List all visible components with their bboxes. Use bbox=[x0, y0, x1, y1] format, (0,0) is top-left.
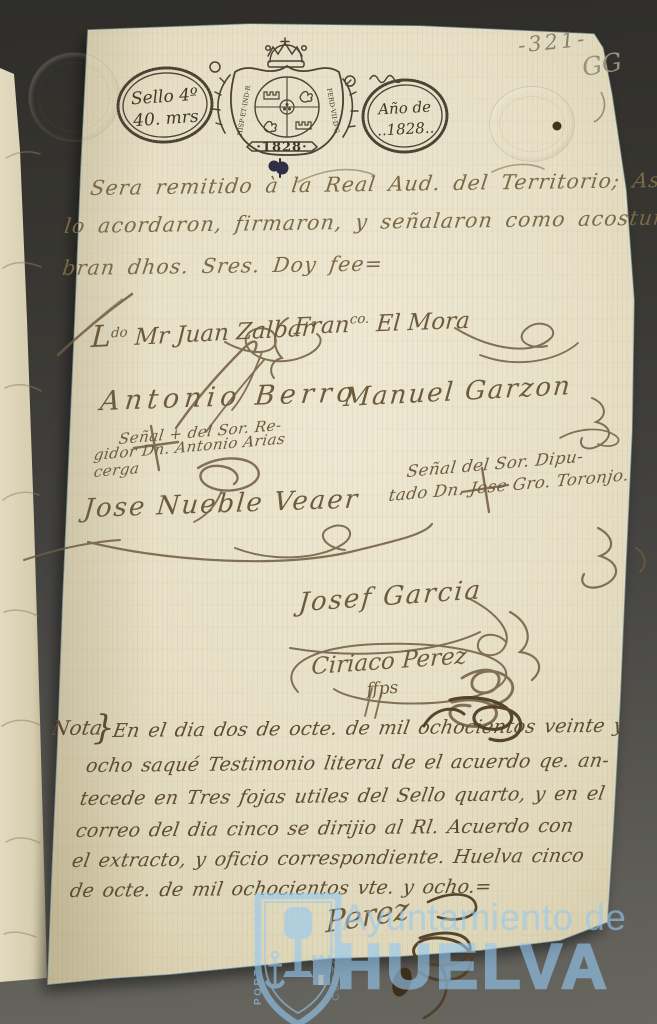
pencil-tail bbox=[594, 92, 605, 122]
ink-dot bbox=[553, 122, 562, 131]
scanned-manuscript-page: -321- GG bbox=[0, 0, 657, 1024]
ink-blob bbox=[389, 965, 415, 999]
ink-flourishes bbox=[0, 0, 657, 1024]
